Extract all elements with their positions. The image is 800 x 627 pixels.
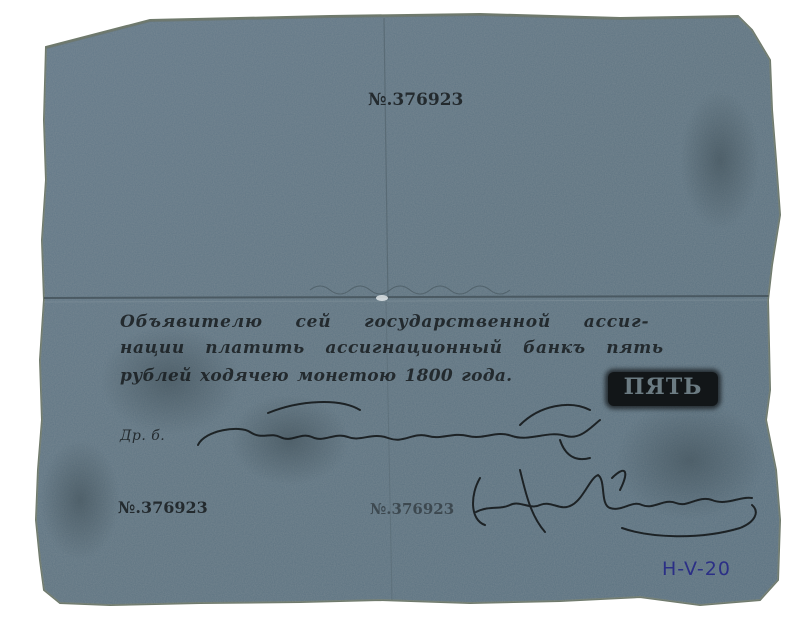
- banknote-scan: №.376923 Объявителю сей государственной …: [0, 0, 800, 627]
- banknote-paper: №.376923 Объявителю сей государственной …: [0, 0, 800, 627]
- handwritten-catalog-note: H-V-20: [662, 558, 731, 580]
- text-line-1: Объявителю сей государственной ассиг-: [120, 312, 649, 332]
- text-line-3: рублей ходячею монетою 1800 года.: [120, 366, 512, 386]
- text-line-2: нации платить ассигнационный банкъ пять: [120, 338, 664, 358]
- serial-number-bottom-middle: №.376923: [370, 500, 454, 518]
- denomination-text: ПЯТЬ: [608, 374, 718, 400]
- signer-label: Др. б.: [120, 428, 165, 444]
- serial-number-bottom-left: №.376923: [118, 498, 208, 517]
- serial-number-top: №.376923: [368, 90, 463, 110]
- denomination-stamp: ПЯТЬ: [608, 372, 718, 406]
